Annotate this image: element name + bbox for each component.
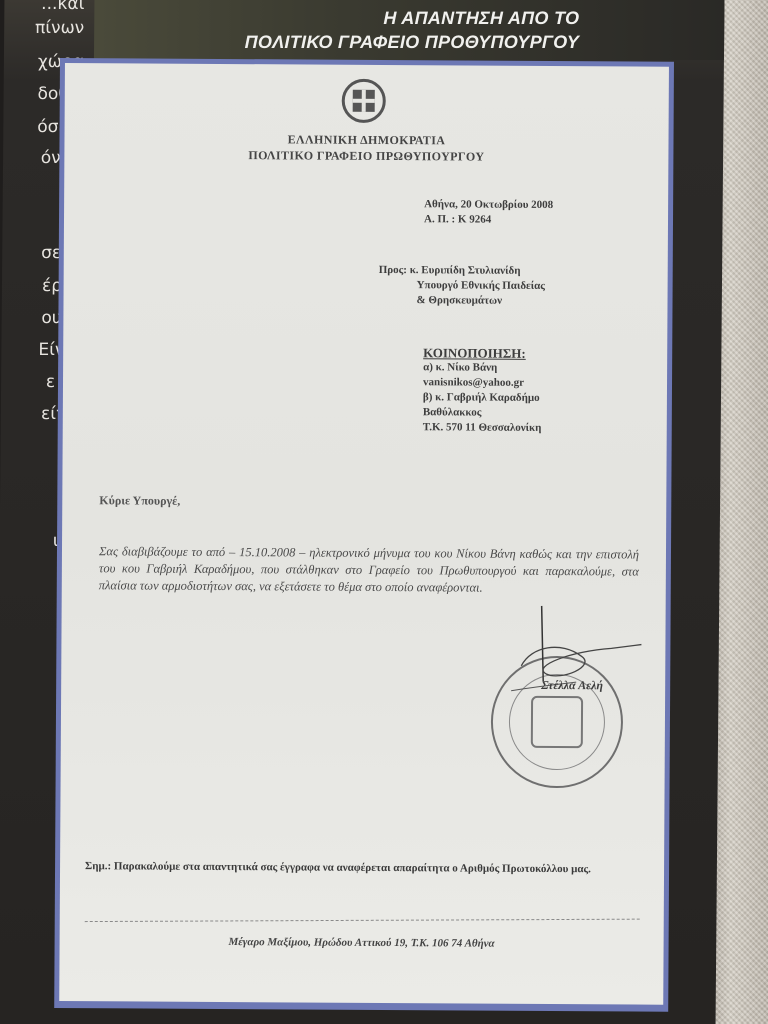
cross-icon xyxy=(353,90,375,112)
cc-heading: ΚΟΙΝΟΠΟΙΗΣΗ: xyxy=(423,345,542,361)
recipient-title-cont: & Θρησκευμάτων xyxy=(378,293,544,309)
magazine-title-line1: Η ΑΠΑΝΤΗΣΗ ΑΠΟ ΤΟ xyxy=(245,6,580,30)
letter-document: ΕΛΛΗΝΙΚΗ ΔΗΜΟΚΡΑΤΙΑ ΠΟΛΙΤΙΚΟ ΓΡΑΦΕΙΟ ΠΡΩ… xyxy=(59,63,669,1005)
magazine-title-line2: ΠΟΛΙΤΙΚΟ ΓΡΑΦΕΙΟ ΠΡΟΘΥΠΟΥΡΓΟΥ xyxy=(245,30,580,54)
cc-recipient-b: β) κ. Γαβριήλ Καραδήμο xyxy=(423,390,542,406)
letter-date-block: Αθήνα, 20 Οκτωβρίου 2008 Α. Π. : Κ 9264 xyxy=(424,197,553,228)
signer-name: Στέλλα Αελή xyxy=(541,678,603,693)
letter-recipient-block: Προς: κ. Ευριπίδη Στυλιανίδη Υπουργό Εθν… xyxy=(378,263,545,309)
footer-divider xyxy=(85,919,640,922)
magazine-title: Η ΑΠΑΝΤΗΣΗ ΑΠΟ ΤΟ ΠΟΛΙΤΙΚΟ ΓΡΑΦΕΙΟ ΠΡΟΘΥ… xyxy=(245,6,580,54)
cc-recipient-b-place: Βαθύλακκος xyxy=(423,405,542,421)
side-text-line: ...και xyxy=(41,0,84,14)
letter-frame: ΕΛΛΗΝΙΚΗ ΔΗΜΟΚΡΑΤΙΑ ΠΟΛΙΤΙΚΟ ΓΡΑΦΕΙΟ ΠΡΩ… xyxy=(54,58,674,1012)
greek-coat-of-arms-icon xyxy=(342,79,386,123)
recipient-line: Προς: κ. Ευριπίδη Στυλιανίδη xyxy=(379,263,545,279)
letter-protocol-number: Α. Π. : Κ 9264 xyxy=(424,212,553,228)
letter-salutation: Κύριε Υπουργέ, xyxy=(99,493,180,508)
letter-header-office: ΠΟΛΙΤΙΚΟ ΓΡΑΦΕΙΟ ΠΡΩΘΥΠΟΥΡΓΟΥ xyxy=(64,147,668,166)
cc-recipient-b-postal: Τ.Κ. 570 11 Θεσσαλονίκη xyxy=(423,420,542,436)
side-text-line: πίνων xyxy=(35,18,84,38)
cc-recipient-a: α) κ. Νίκο Βάνη xyxy=(423,360,542,376)
letter-date: Αθήνα, 20 Οκτωβρίου 2008 xyxy=(424,197,553,213)
cc-recipient-a-email[interactable]: vanisnikos@yahoo.gr xyxy=(423,375,542,391)
letter-footer-address: Μέγαρο Μαξίμου, Ηρώδου Αττικού 19, Τ.Κ. … xyxy=(60,935,664,951)
letter-note: Σημ.: Παρακαλούμε στα απαντητικά σας έγγ… xyxy=(85,858,640,878)
cc-block: ΚΟΙΝΟΠΟΙΗΣΗ: α) κ. Νίκο Βάνη vanisnikos@… xyxy=(423,345,542,436)
recipient-title: Υπουργό Εθνικής Παιδείας xyxy=(379,278,545,294)
